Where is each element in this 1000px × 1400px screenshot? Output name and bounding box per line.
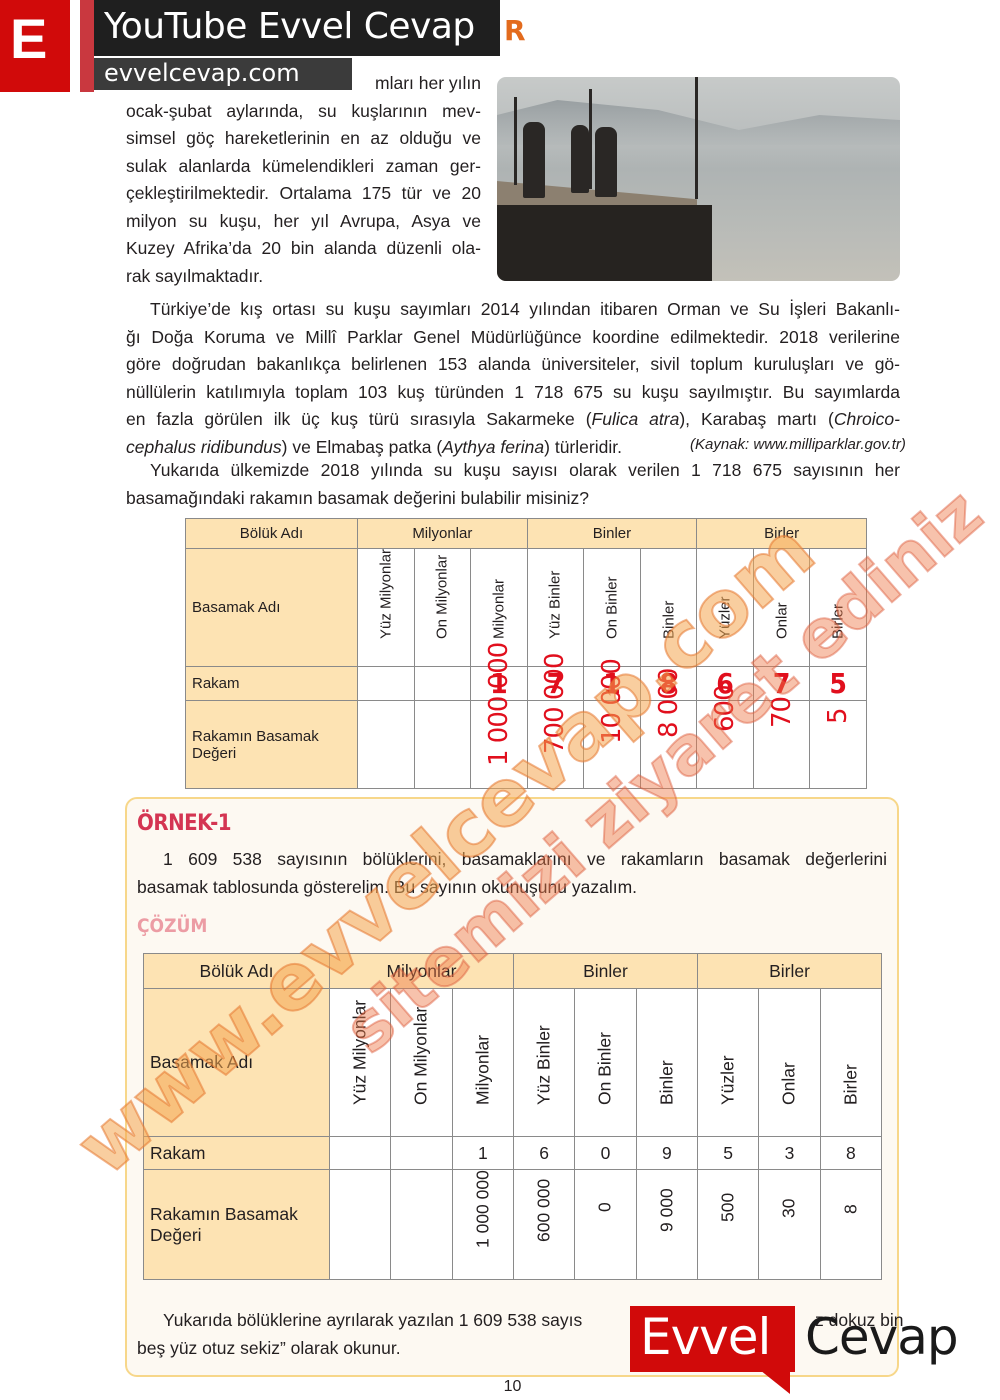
group-label: Bölük Adı	[144, 954, 330, 989]
paragraph-line: göre doğrudan bakanlıkça belirlenen 153 …	[126, 351, 900, 379]
value-cell: 500	[697, 1170, 758, 1280]
digit-cell	[358, 667, 415, 701]
example-question: 1 609 538 sayısının bölüklerini, basamak…	[137, 845, 887, 901]
speech-tail-icon	[52, 70, 70, 90]
example-line: basamak tablosunda gösterelim. Bu sayını…	[137, 873, 887, 901]
place-cell: Yüz Milyonlar	[358, 549, 415, 667]
place-label: Basamak Adı	[186, 549, 358, 667]
value-cell: 8 000	[640, 701, 697, 789]
digit-cell: 1	[452, 1137, 513, 1170]
digit-label: Rakam	[186, 667, 358, 701]
photo-person	[523, 122, 545, 198]
place-value-table-1609538: Bölük Adı Milyonlar Binler Birler Basama…	[143, 953, 882, 1280]
bird-watchers-photo	[497, 77, 900, 281]
paragraph-line: ğı Doğa Koruma ve Millî Parklar Genel Mü…	[126, 324, 900, 352]
photo-person	[595, 127, 617, 197]
value-cell	[358, 701, 415, 789]
digit-cell	[414, 667, 471, 701]
value-cell: 600	[697, 701, 754, 789]
brand-logo-letter: E	[10, 6, 47, 71]
value-cell: 600 000	[513, 1170, 574, 1280]
digit-cell: 5	[697, 1137, 758, 1170]
value-label: Rakamın BasamakDeğeri	[144, 1170, 330, 1280]
value-cell: 1 000 000	[471, 701, 528, 789]
paragraph-line: basamağındaki rakamın basamak değerini b…	[126, 485, 900, 513]
value-cell: 8	[820, 1170, 881, 1280]
digit-cell: 6	[513, 1137, 574, 1170]
value-label: Rakamın BasamakDeğeri	[186, 701, 358, 789]
digit-label: Rakam	[144, 1137, 330, 1170]
photo-lamp-post	[589, 89, 592, 189]
group-label: Bölük Adı	[186, 519, 358, 549]
group-thousands: Binler	[513, 954, 697, 989]
place-cell: On Milyonlar	[414, 549, 471, 667]
brand-title-suffix: R	[504, 14, 526, 47]
value-cell: 70	[753, 701, 810, 789]
place-cell: Milyonlar	[452, 989, 513, 1137]
value-cell: 0	[575, 1170, 636, 1280]
place-row: Basamak Adı Yüz Milyonlar On Milyonlar M…	[144, 989, 882, 1137]
logo-left-text: Evvel	[640, 1308, 770, 1366]
paragraph-line: en fazla görülen ilk üç kuş türü sırasıy…	[126, 406, 900, 434]
place-cell: Yüz Binler	[527, 549, 584, 667]
digit-cell: 8	[820, 1137, 881, 1170]
solution-title: ÇÖZÜM	[137, 915, 207, 937]
value-cell: 9 000	[636, 1170, 697, 1280]
group-thousands: Binler	[527, 519, 697, 549]
place-cell: Onlar	[753, 549, 810, 667]
question-paragraph: Yukarıda ülkemizde 2018 yılında su kuşu …	[126, 457, 900, 512]
place-value-table-1718675: Bölük Adı Milyonlar Binler Birler Basama…	[185, 518, 867, 789]
group-millions: Milyonlar	[358, 519, 528, 549]
logo-right-text: Cevap	[805, 1308, 958, 1366]
paragraph-line: Yukarıda ülkemizde 2018 yılında su kuşu …	[126, 457, 900, 485]
place-cell: Birler	[810, 549, 867, 667]
group-ones: Birler	[697, 954, 881, 989]
place-cell: Binler	[636, 989, 697, 1137]
group-ones: Birler	[697, 519, 867, 549]
value-cell	[330, 1170, 391, 1280]
digit-cell	[330, 1137, 391, 1170]
group-millions: Milyonlar	[330, 954, 514, 989]
place-cell: Yüzler	[697, 989, 758, 1137]
place-cell: On Binler	[575, 989, 636, 1137]
digit-cell: 5	[810, 667, 867, 701]
digit-row: Rakam 1 7 1 8 6 7 5	[186, 667, 867, 701]
value-cell: 5	[810, 701, 867, 789]
value-cell: 30	[759, 1170, 820, 1280]
photo-lamp-post	[514, 97, 517, 185]
page-number: 10	[0, 1378, 1000, 1396]
intro-paragraph: mları her yılın ocak-şubat aylarında, su…	[126, 70, 481, 290]
evvel-cevap-logo: Evvel	[630, 1306, 795, 1372]
intro-line: milyon su kuşu, her yıl Avrupa, Asya ve	[126, 208, 481, 236]
intro-line: simsel göç hareketlerinin en az olduğu v…	[126, 125, 481, 153]
digit-row: Rakam 1 6 0 9 5 3 8	[144, 1137, 882, 1170]
digit-cell: 3	[759, 1137, 820, 1170]
place-cell: Yüz Milyonlar	[330, 989, 391, 1137]
place-cell: Yüz Binler	[513, 989, 574, 1137]
intro-line: Kuzey Afrika’da 20 bin alanda düzenli ol…	[126, 235, 481, 263]
digit-cell: 0	[575, 1137, 636, 1170]
group-row: Bölük Adı Milyonlar Binler Birler	[186, 519, 867, 549]
brand-title: YouTube Evvel Cevap	[94, 0, 500, 56]
photo-hills	[497, 95, 900, 145]
digit-cell: 7	[753, 667, 810, 701]
value-cell: 1 000 000	[452, 1170, 513, 1280]
place-cell: Onlar	[759, 989, 820, 1137]
photo-lamp-post	[695, 77, 698, 199]
intro-line: çekleştirilmektedir. Ortalama 175 tür ve…	[126, 180, 481, 208]
place-cell: Birler	[820, 989, 881, 1137]
place-label: Basamak Adı	[144, 989, 330, 1137]
value-cell	[414, 701, 471, 789]
value-cell	[391, 1170, 452, 1280]
brand-stripe	[80, 0, 94, 92]
digit-cell	[391, 1137, 452, 1170]
place-cell: Yüzler	[697, 549, 754, 667]
place-cell: On Milyonlar	[391, 989, 452, 1137]
place-cell: Binler	[640, 549, 697, 667]
photo-person	[571, 125, 589, 193]
value-row: Rakamın BasamakDeğeri 1 000 000 600 000 …	[144, 1170, 882, 1280]
group-row: Bölük Adı Milyonlar Binler Birler	[144, 954, 882, 989]
paragraph-line: nüllülerin katılımıyla toplam 103 kuş tü…	[126, 379, 900, 407]
example-line: 1 609 538 sayısının bölüklerini, basamak…	[137, 845, 887, 873]
photo-pier	[497, 205, 712, 281]
value-cell: 10 000	[584, 701, 641, 789]
brand-url: evvelcevap.com	[94, 58, 352, 90]
intro-line: ocak-şubat aylarında, su kuşlarının mev-	[126, 98, 481, 126]
digit-cell: 9	[636, 1137, 697, 1170]
value-row: Rakamın BasamakDeğeri 1 000 000 700 000 …	[186, 701, 867, 789]
intro-line: rak sayılmaktadır.	[126, 263, 481, 291]
place-cell: On Binler	[584, 549, 641, 667]
paragraph-line: Türkiye’de kış ortası su kuşu sayımları …	[126, 296, 900, 324]
source-citation: (Kaynak: www.milliparklar.gov.tr)	[690, 436, 906, 453]
example-title: ÖRNEK-1	[137, 811, 231, 836]
intro-line: sulak alanlarda kümelendikleri zaman ger…	[126, 153, 481, 181]
brand-logo-e: E	[0, 0, 70, 92]
place-row: Basamak Adı Yüz Milyonlar On Milyonlar M…	[186, 549, 867, 667]
value-cell: 700 000	[527, 701, 584, 789]
